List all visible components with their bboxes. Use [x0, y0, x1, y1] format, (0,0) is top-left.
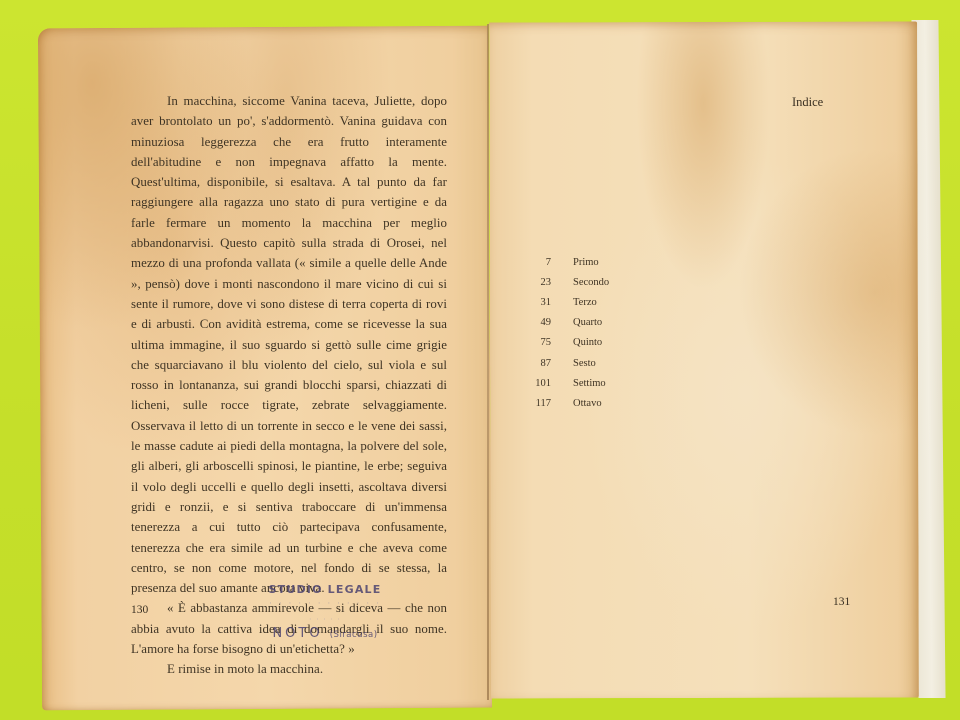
stamp-province: (Siracusa) [330, 630, 378, 640]
toc-entry: 75Quinto [520, 333, 660, 353]
toc-page: 87 [520, 358, 551, 369]
toc-page: 101 [520, 378, 551, 389]
toc-label: Sesto [573, 358, 596, 369]
open-book: In macchina, siccome Vanina taceva, Juli… [0, 0, 960, 720]
toc-entry: 101Settimo [520, 373, 660, 393]
toc-label: Quinto [573, 337, 602, 348]
toc-label: Terzo [573, 297, 597, 308]
toc-page: 49 [520, 317, 551, 328]
toc-entry: 87Sesto [520, 353, 660, 373]
toc-page: 31 [520, 297, 551, 308]
stamp-city: NOTO (Siracusa) [230, 626, 420, 641]
toc-entry: 7Primo [520, 252, 660, 272]
toc-entry: 49Quarto [520, 313, 660, 333]
right-page-number: 131 [833, 596, 850, 608]
stamp-title: STUDIO LEGALE [230, 583, 420, 596]
toc-page: 75 [520, 337, 551, 348]
toc-label: Primo [573, 257, 599, 268]
toc-label: Ottavo [573, 398, 602, 409]
paragraph: E rimise in moto la macchina. [131, 659, 447, 679]
toc-page: 23 [520, 277, 551, 288]
left-page-number: 130 [131, 604, 148, 616]
toc-entry: 31Terzo [520, 292, 660, 312]
stamp-faded-line: · · · · · [230, 615, 420, 624]
book-spine [487, 24, 489, 700]
toc-page: 7 [520, 257, 551, 268]
paragraph: In macchina, siccome Vanina taceva, Juli… [131, 91, 447, 598]
toc-label: Quarto [573, 317, 602, 328]
stamp-city-name: NOTO [272, 626, 322, 641]
stamp-faded-line: · · · · · · · · · · · · [230, 599, 420, 609]
toc-entry: 117Ottavo [520, 393, 660, 413]
index-title: Indice [792, 95, 823, 110]
toc-entry: 23Secondo [520, 272, 660, 292]
toc-page: 117 [520, 398, 551, 409]
toc-label: Settimo [573, 378, 606, 389]
ink-stamp: STUDIO LEGALE · · · · · · · · · · · · · … [230, 583, 420, 641]
table-of-contents: 7Primo 23Secondo 31Terzo 49Quarto 75Quin… [520, 252, 660, 414]
toc-label: Secondo [573, 277, 609, 288]
